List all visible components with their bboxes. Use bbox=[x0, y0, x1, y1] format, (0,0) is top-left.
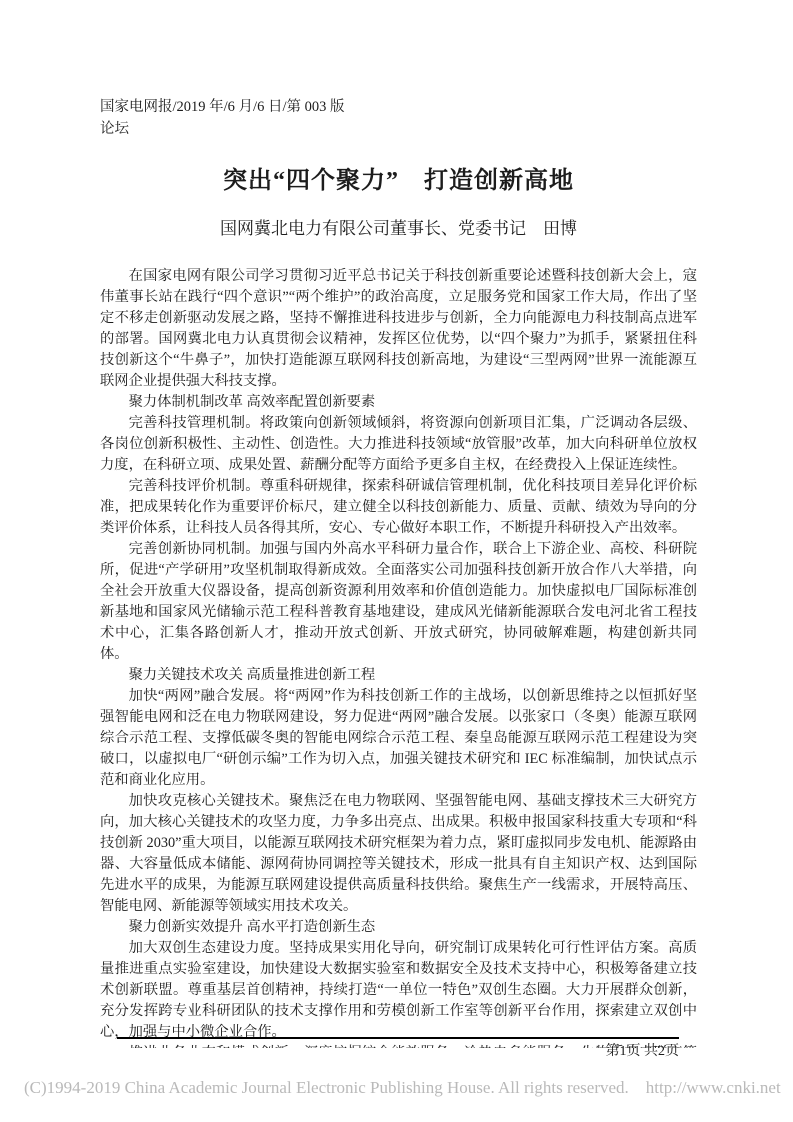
paragraph: 加快攻克核心关键技术。聚焦泛在电力物联网、坚强智能电网、基础支撑技术三大研究方向… bbox=[100, 791, 697, 917]
paragraph: 加快“两网”融合发展。将“两网”作为科技创新工作的主战场，以创新思维持之以恒抓好… bbox=[100, 686, 697, 791]
article-body: 在国家电网有限公司学习贯彻习近平总书记关于科技创新重要论述暨科技创新大会上，寇伟… bbox=[100, 266, 697, 1048]
section-heading: 聚力体制机制改革 高效率配置创新要素 bbox=[100, 392, 697, 413]
masthead-source: 国家电网报/2019 年/6 月/6 日/第 003 版 bbox=[100, 96, 697, 118]
footer-divider bbox=[117, 1037, 679, 1039]
article-title: 突出“四个聚力” 打造创新高地 bbox=[100, 166, 697, 196]
paragraph: 在国家电网有限公司学习贯彻习近平总书记关于科技创新重要论述暨科技创新大会上，寇伟… bbox=[100, 266, 697, 392]
document-content: 国家电网报/2019 年/6 月/6 日/第 003 版 论坛 突出“四个聚力”… bbox=[100, 96, 697, 1048]
paragraph: 完善科技评价机制。尊重科研规律，探索科研诚信管理机制，优化科技项目差异化评价标准… bbox=[100, 476, 697, 539]
section-heading: 聚力关键技术攻关 高质量推进创新工程 bbox=[100, 665, 697, 686]
masthead: 国家电网报/2019 年/6 月/6 日/第 003 版 论坛 bbox=[100, 96, 697, 140]
copyright-notice: (C)1994-2019 China Academic Journal Elec… bbox=[24, 1077, 781, 1099]
article-byline: 国网冀北电力有限公司董事长、党委书记 田博 bbox=[100, 218, 697, 240]
paragraph: 加大双创生态建设力度。坚持成果实用化导向，研究制订成果转化可行性评估方案。高质量… bbox=[100, 938, 697, 1043]
paragraph: 完善创新协同机制。加强与国内外高水平科研力量合作，联合上下游企业、高校、科研院所… bbox=[100, 539, 697, 665]
page-indicator: 第1页 共2页 bbox=[606, 1043, 680, 1061]
document-page: 国家电网报/2019 年/6 月/6 日/第 003 版 论坛 突出“四个聚力”… bbox=[0, 0, 793, 1122]
masthead-column: 论坛 bbox=[100, 118, 697, 140]
section-heading: 聚力创新实效提升 高水平打造创新生态 bbox=[100, 917, 697, 938]
paragraph: 完善科技管理机制。将政策向创新领域倾斜，将资源向创新项目汇集，广泛调动各层级、各… bbox=[100, 413, 697, 476]
